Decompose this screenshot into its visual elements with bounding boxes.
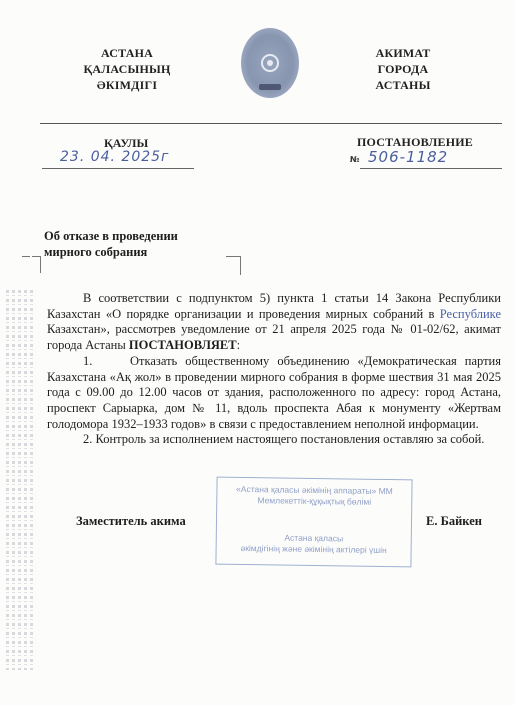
subject-line-1: Об отказе в проведении (44, 228, 178, 244)
emblem-center (267, 60, 273, 66)
header-right-line-3: АСТАНЫ (358, 77, 448, 93)
preamble-highlight: Республике (440, 307, 501, 321)
header-russian-name: АКИМАТ ГОРОДА АСТАНЫ (358, 45, 448, 93)
registration-corner-mark (22, 256, 30, 258)
item-2-paragraph: 2. Контроль за исполнением настоящего по… (47, 432, 501, 448)
strip-column (30, 290, 33, 670)
preamble-paragraph: В соответствии с подпунктом 5) пункта 1 … (47, 291, 501, 354)
strip-column (12, 290, 15, 670)
state-emblem-icon (241, 28, 299, 98)
strip-column (24, 290, 27, 670)
header-left-line-1: АСТАНА (72, 45, 182, 61)
stamp-line-4: әкімдігінің және әкімінің актілері үшін (217, 543, 411, 556)
decree-subject: Об отказе в проведении мирного собрания (44, 228, 178, 260)
registration-stamp: «Астана қаласы әкімінің аппараты» ММ Мем… (215, 477, 412, 568)
emblem-base (259, 84, 281, 90)
item-1-paragraph: 1.Отказать общественному объединению «Де… (47, 354, 501, 433)
header-divider (40, 123, 502, 124)
number-prefix: № (350, 155, 360, 164)
header-kazakh-name: АСТАНА ҚАЛАСЫНЫҢ ӘКІМДІГІ (72, 45, 182, 93)
preamble-text-2: Казахстан», рассмотрев уведомление от 21… (47, 322, 501, 352)
strip-column (6, 290, 9, 670)
number-underline (360, 168, 502, 169)
preamble-colon: : (237, 338, 240, 352)
date-underline (42, 168, 194, 169)
resolves-keyword: ПОСТАНОВЛЯЕТ (129, 338, 237, 352)
strip-column (18, 290, 21, 670)
signatory-name: Е. Байкен (426, 514, 482, 529)
item-1-number: 1. (83, 354, 130, 370)
registration-corner-mark (226, 256, 241, 275)
signatory-role: Заместитель акима (76, 514, 186, 529)
stamp-line-2: Мемлекеттік-құқықтық бөлімі (217, 495, 411, 508)
header-right-line-2: ГОРОДА (358, 61, 448, 77)
header-right-line-1: АКИМАТ (358, 45, 448, 61)
document-page: АСТАНА ҚАЛАСЫНЫҢ ӘКІМДІГІ АКИМАТ ГОРОДА … (0, 0, 514, 705)
decree-number: 506-1182 (368, 148, 448, 166)
decree-date: 23. 04. 2025г (60, 149, 169, 165)
preamble-text: В соответствии с подпунктом 5) пункта 1 … (47, 291, 501, 321)
header-left-line-2: ҚАЛАСЫНЫҢ (72, 61, 182, 77)
side-registration-strip (6, 290, 36, 670)
subject-line-2: мирного собрания (44, 244, 178, 260)
decree-body: В соответствии с подпунктом 5) пункта 1 … (47, 291, 501, 448)
registration-corner-mark (32, 256, 41, 273)
header-left-line-3: ӘКІМДІГІ (72, 77, 182, 93)
